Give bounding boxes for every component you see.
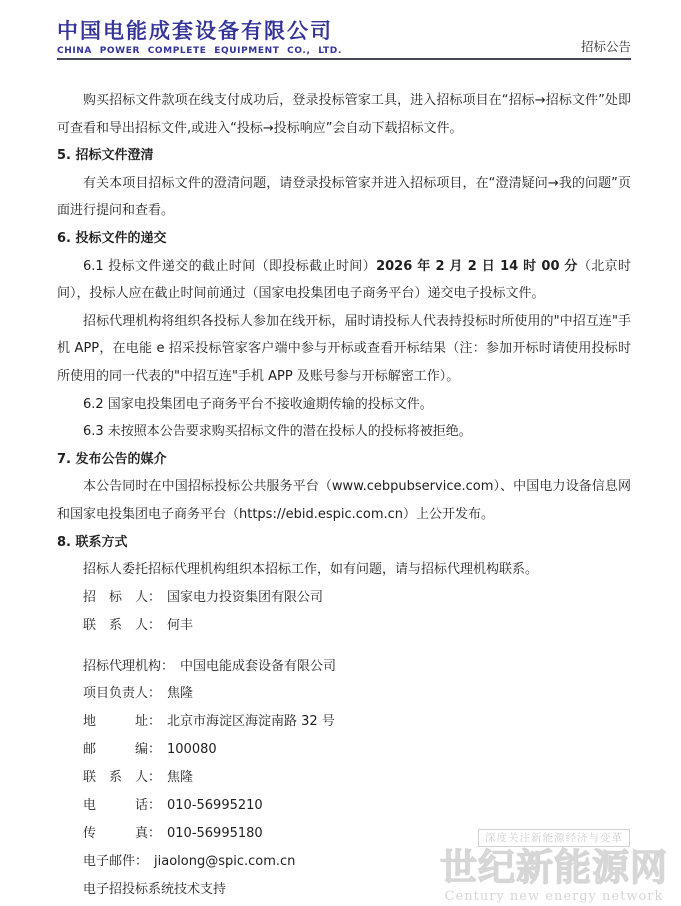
contact-value: 010-56995210 (167, 798, 263, 813)
bid-deadline-datetime: 2026 年 2 月 2 日 14 时 00 分 (376, 259, 578, 274)
document-header: 中国电能成套设备有限公司 CHINA POWER COMPLETE EQUIPM… (0, 0, 681, 56)
contact-line-tenderer-person: 联 系 人：何丰 (83, 612, 631, 640)
contact-line-project-manager: 项目负责人：焦隆 (83, 680, 631, 708)
section-8-intro: 招标人委托招标代理机构组织本招标工作，如有问题，请与招标代理机构联系。 (57, 556, 631, 584)
contact-line-phone: 电 话：010-56995210 (83, 792, 631, 820)
contact-label: 项目负责人： (83, 686, 161, 701)
document-body: 购买招标文件款项在线支付成功后，登录投标管家工具，进入招标项目在“招标→招标文件… (0, 60, 681, 904)
contact-line-postcode: 邮 编：100080 (83, 736, 631, 764)
section-6-paragraph-4: 6.3 未按照本公告要求购买招标文件的潜在投标人的投标将被拒绝。 (57, 418, 631, 446)
section-6-heading: 6. 投标文件的递交 (57, 225, 631, 253)
contact-line-tenderer: 招 标 人：国家电力投资集团有限公司 (83, 584, 631, 612)
section-7-heading: 7. 发布公告的媒介 (57, 446, 631, 474)
contact-label: 联 系 人： (83, 618, 161, 633)
contact-label: 电 话： (83, 798, 161, 813)
contact-value: 国家电力投资集团有限公司 (167, 590, 323, 605)
company-name-cn: 中国电能成套设备有限公司 (57, 18, 342, 44)
tech-support-note: 电子招投标系统技术支持 (83, 876, 631, 904)
contact-line-address: 地 址：北京市海淀区海淀南路 32 号 (83, 708, 631, 736)
company-logo: 中国电能成套设备有限公司 CHINA POWER COMPLETE EQUIPM… (57, 18, 342, 56)
section-8-heading: 8. 联系方式 (57, 529, 631, 557)
contact-value: 何丰 (167, 618, 193, 633)
contact-label: 联 系 人： (83, 770, 161, 785)
contact-label: 邮 编： (83, 742, 161, 757)
contact-value: 北京市海淀区海淀南路 32 号 (167, 714, 335, 729)
contact-label: 招 标 人： (83, 590, 161, 605)
section-7-body: 本公告同时在中国招标投标公共服务平台（www.cebpubservice.com… (57, 473, 631, 528)
contact-label: 招标代理机构： (83, 659, 174, 674)
section-5-heading: 5. 招标文件澄清 (57, 142, 631, 170)
section-5-body: 有关本项目招标文件的澄清问题，请登录投标管家并进入招标项目，在“澄清疑问→我的问… (57, 170, 631, 225)
tenderer-contact-block: 招 标 人：国家电力投资集团有限公司 联 系 人：何丰 (57, 584, 631, 640)
contact-value: 焦隆 (167, 770, 193, 785)
contact-value: 010-56995180 (167, 826, 263, 841)
contact-line-agency: 招标代理机构：中国电能成套设备有限公司 (83, 653, 631, 681)
contact-label: 地 址： (83, 714, 161, 729)
contact-line-fax: 传 真：010-56995180 (83, 820, 631, 848)
section-6-paragraph-3: 6.2 国家电投集团电子商务平台不接收逾期传输的投标文件。 (57, 391, 631, 419)
document-page: 中国电能成套设备有限公司 CHINA POWER COMPLETE EQUIPM… (0, 0, 681, 906)
section-6-paragraph-1: 6.1 投标文件递交的截止时间（即投标截止时间）2026 年 2 月 2 日 1… (57, 253, 631, 308)
deadline-text-pre: 6.1 投标文件递交的截止时间（即投标截止时间） (83, 259, 376, 274)
contact-line-agency-person: 联 系 人：焦隆 (83, 764, 631, 792)
contact-value: 焦隆 (167, 686, 193, 701)
contact-label: 传 真： (83, 826, 161, 841)
agency-contact-block: 招标代理机构：中国电能成套设备有限公司 项目负责人：焦隆 地 址：北京市海淀区海… (57, 653, 631, 904)
contact-value: 中国电能成套设备有限公司 (180, 659, 336, 674)
doc-type-label: 招标公告 (581, 37, 631, 56)
intro-paragraph: 购买招标文件款项在线支付成功后，登录投标管家工具，进入招标项目在“招标→招标文件… (57, 87, 631, 142)
section-6-paragraph-2: 招标代理机构将组织各投标人参加在线开标，届时请投标人代表持投标时所使用的"中招互… (57, 308, 631, 391)
contact-line-email: 电子邮件：jiaolong@spic.com.cn (83, 848, 631, 876)
contact-value: 100080 (167, 742, 217, 757)
company-name-en: CHINA POWER COMPLETE EQUIPMENT CO., LTD. (57, 46, 342, 56)
contact-label: 电子邮件： (83, 854, 148, 869)
contact-value: jiaolong@spic.com.cn (154, 854, 295, 869)
